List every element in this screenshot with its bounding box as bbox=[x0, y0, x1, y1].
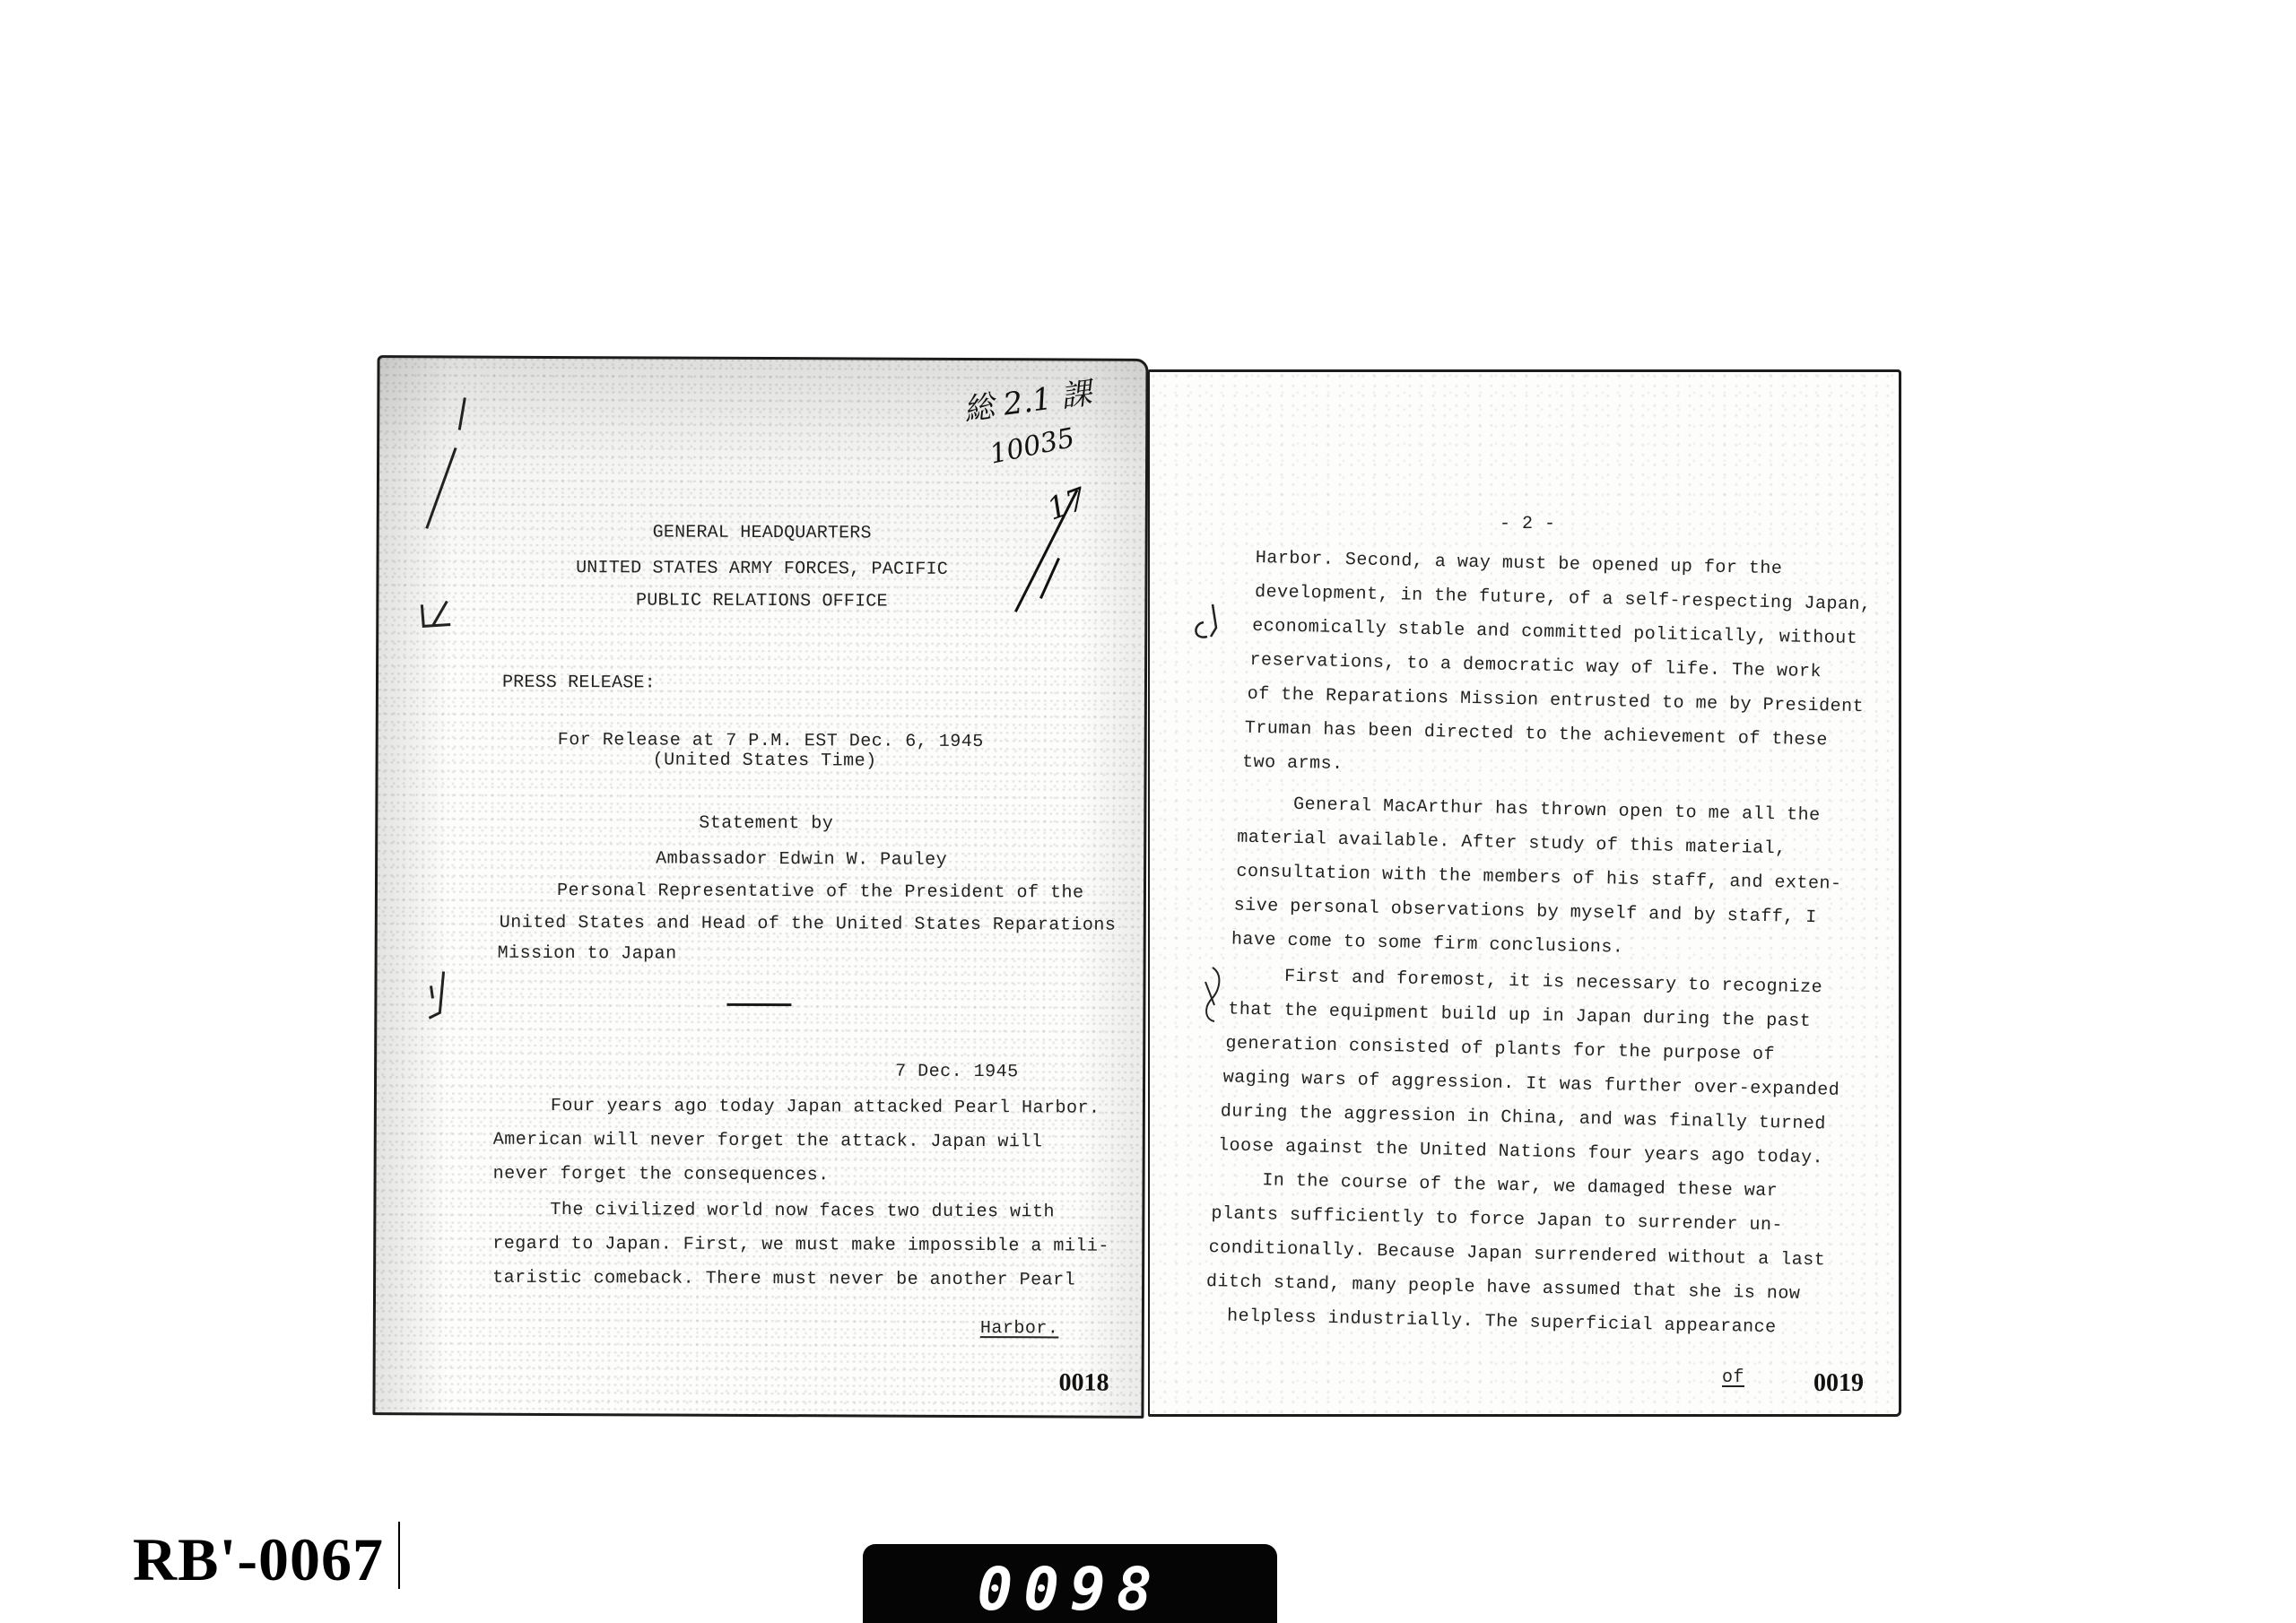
document-page-left: 総 2.1 課 10035 17 GENERAL HEADQUARTERS UN… bbox=[372, 355, 1148, 1419]
press-release-label: PRESS RELEASE: bbox=[502, 673, 656, 695]
catchword: Harbor. bbox=[980, 1318, 1059, 1340]
body-line: Harbor. Second, a way must be opened up … bbox=[1256, 548, 1783, 580]
body-line: consultation with the members of his sta… bbox=[1236, 862, 1841, 896]
body-line: loose against the United Nations four ye… bbox=[1218, 1135, 1823, 1169]
body-line: conditionally. Because Japan surrendered… bbox=[1208, 1237, 1825, 1271]
body-line: development, in the future, of a self-re… bbox=[1255, 582, 1872, 616]
body-line: plants sufficiently to force Japan to su… bbox=[1211, 1203, 1783, 1237]
statement-by: Statement by bbox=[699, 813, 833, 836]
body-line: reservations, to a democratic way of lif… bbox=[1249, 650, 1822, 683]
body-line: American will never forget the attack. J… bbox=[493, 1130, 1043, 1154]
page-number: 0019 bbox=[1813, 1369, 1864, 1398]
document-page-right: - 2 - Harbor. Second, a way must be open… bbox=[1148, 369, 1901, 1417]
body-line: have come to some firm conclusions. bbox=[1231, 929, 1624, 959]
statement-author: Ambassador Edwin W. Pauley bbox=[656, 848, 947, 871]
right-page-text-block: Harbor. Second, a way must be opened up … bbox=[1132, 370, 1902, 1428]
statement-date: 7 Dec. 1945 bbox=[895, 1062, 1019, 1084]
handwritten-note-2: 10035 bbox=[987, 422, 1078, 471]
body-line: The civilized world now faces two duties… bbox=[550, 1200, 1055, 1223]
author-title-line-2: United States and Head of the United Sta… bbox=[500, 913, 1117, 937]
body-line: of the Reparations Mission entrusted to … bbox=[1247, 684, 1864, 718]
reel-id-divider bbox=[398, 1522, 400, 1589]
body-line: sive personal observations by myself and… bbox=[1233, 896, 1816, 930]
frame-number: 0098 bbox=[978, 1555, 1163, 1623]
margin-initial-mark bbox=[422, 968, 457, 1021]
body-line: Four years ago today Japan attacked Pear… bbox=[551, 1096, 1100, 1120]
body-line: regard to Japan. First, we must make imp… bbox=[492, 1234, 1109, 1258]
body-line: helpless industrially. The superficial a… bbox=[1227, 1306, 1777, 1339]
body-line: generation consisted of plants for the p… bbox=[1225, 1033, 1775, 1066]
body-line: that the equipment build up in Japan dur… bbox=[1228, 999, 1811, 1033]
body-line: never forget the consequences. bbox=[493, 1164, 830, 1187]
body-line: taristic comeback. There must never be a… bbox=[492, 1268, 1075, 1292]
body-line: during the aggression in China, and was … bbox=[1221, 1101, 1826, 1135]
release-time-note: (United States Time) bbox=[653, 750, 877, 772]
page-number: 0018 bbox=[1059, 1368, 1109, 1397]
header-public-relations-office: PUBLIC RELATIONS OFFICE bbox=[378, 589, 1144, 614]
reel-id-label: RB'-0067 bbox=[133, 1524, 384, 1595]
body-line: two arms. bbox=[1242, 752, 1344, 776]
header-army-forces-pacific: UNITED STATES ARMY FORCES, PACIFIC bbox=[378, 557, 1144, 582]
body-line: First and foremost, it is necessary to r… bbox=[1284, 967, 1822, 1000]
body-line: ditch stand, many people have assumed th… bbox=[1206, 1271, 1801, 1306]
body-line: material available. After study of this … bbox=[1237, 828, 1787, 861]
author-title-line-1: Personal Representative of the President… bbox=[557, 881, 1084, 905]
author-title-line-3: Mission to Japan bbox=[498, 943, 677, 966]
separator-rule bbox=[726, 1003, 791, 1006]
catchword: of bbox=[1722, 1367, 1744, 1389]
body-line: In the course of the war, we damaged the… bbox=[1262, 1170, 1778, 1202]
body-line: Truman has been directed to the achievem… bbox=[1245, 718, 1828, 752]
handwritten-note-1: 総 2.1 課 bbox=[961, 369, 1094, 430]
body-line: General MacArthur has thrown open to me … bbox=[1293, 794, 1821, 827]
header-general-headquarters: GENERAL HEADQUARTERS bbox=[379, 521, 1145, 546]
margin-pen-stroke bbox=[420, 394, 474, 537]
body-line: waging wars of aggression. It was furthe… bbox=[1222, 1067, 1839, 1101]
body-line: economically stable and committed politi… bbox=[1252, 616, 1857, 650]
frame-counter: 0098 bbox=[863, 1544, 1277, 1623]
